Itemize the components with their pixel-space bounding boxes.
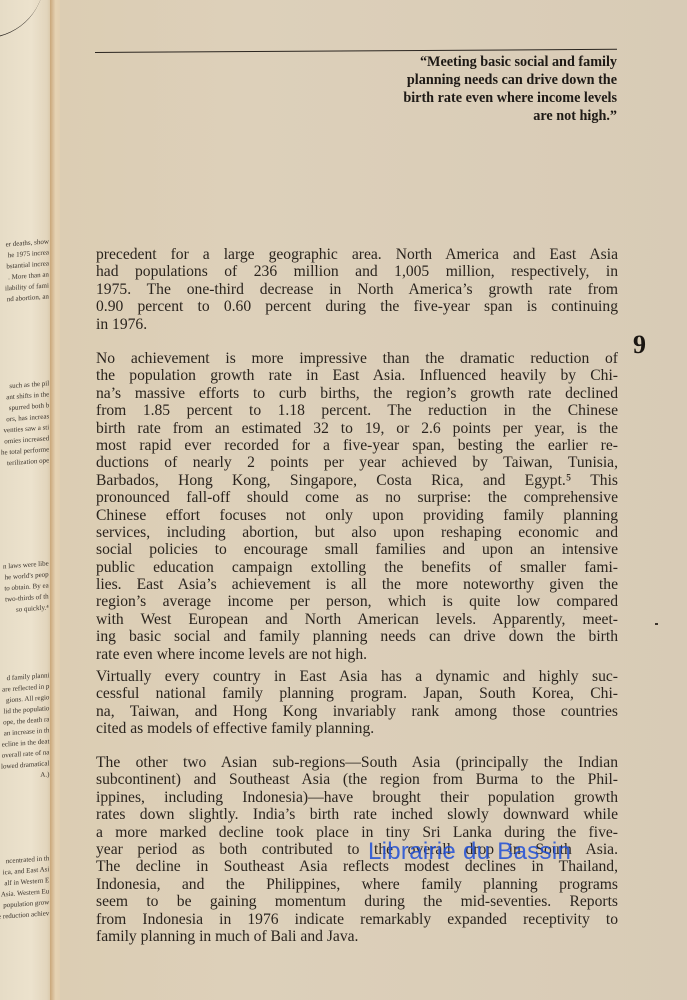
- paragraph-1: precedent for a large geographic area. N…: [96, 246, 618, 333]
- text-line: family planning in much of Bali and Java…: [96, 928, 618, 945]
- pull-quote: “Meeting basic social and family plannin…: [330, 53, 617, 125]
- text-line: cessful national family planning program…: [96, 685, 618, 702]
- text-line: had populations of 236 million and 1,005…: [96, 263, 618, 280]
- decorative-curve: [0, 0, 44, 46]
- fragment-line: A.): [1, 769, 49, 783]
- text-line: Virtually every country in East Asia has…: [96, 668, 618, 685]
- text-line: rates down slightly. India’s birth rate …: [96, 806, 618, 823]
- text-line: most rapid ever recorded for a five-year…: [96, 437, 618, 454]
- text-line: social policies to encourage small famil…: [96, 541, 618, 558]
- page-number: 9: [633, 330, 646, 360]
- text-line: region’s average income per person, whic…: [96, 593, 618, 610]
- text-line: pronounced fall-off should come as no su…: [96, 489, 618, 506]
- text-line: 1975. The one-third decrease in North Am…: [96, 281, 618, 298]
- facing-left-page: er deaths, show he 1975 increa bstantial…: [0, 0, 52, 1000]
- text-line: lies. East Asia’s achievement is all the…: [96, 576, 618, 593]
- pull-quote-line: planning needs can drive down the: [330, 71, 617, 89]
- text-line: precedent for a large geographic area. N…: [96, 246, 618, 263]
- left-page-text-block-3: n laws were libe he world's peop to obta…: [3, 560, 49, 615]
- text-line: from 1.85 percent to 1.18 percent. The r…: [96, 402, 618, 419]
- text-line: in 1976.: [96, 316, 618, 333]
- left-page-text-block-1: er deaths, show he 1975 increa bstantial…: [5, 238, 49, 304]
- text-line: public education campaign extolling the …: [96, 559, 618, 576]
- fragment-line: nd abortion, an: [5, 291, 49, 305]
- text-line: cited as models of effective family plan…: [96, 720, 618, 737]
- pull-quote-line: “Meeting basic social and family: [330, 53, 617, 71]
- fragment-line: so quickly.⁴: [3, 602, 49, 616]
- fragment-line: terilization ope: [1, 455, 49, 469]
- text-line: with West European and North American le…: [96, 611, 618, 628]
- left-page-text-block-2: such as the pil ant shifts in the spurre…: [1, 380, 49, 468]
- left-page-text-block-5: ncentrated in th ica, and East Asi alf i…: [0, 855, 49, 921]
- text-line: services, including abortion, but also u…: [96, 524, 618, 541]
- text-line: na’s massive efforts to curb births, the…: [96, 385, 618, 402]
- text-line: from Indonesia in 1976 indicate remarkab…: [96, 911, 618, 928]
- text-line: na, Taiwan, and Hong Kong invariably ran…: [96, 703, 618, 720]
- text-line: ing basic social and family planning nee…: [96, 628, 618, 645]
- paragraph-2: No achievement is more impressive than t…: [96, 350, 618, 663]
- text-line: Indonesia, and the Philippines, where fa…: [96, 876, 618, 893]
- text-line: subcontinent) and Southeast Asia (the re…: [96, 771, 618, 788]
- text-line: birth rate from an estimated 32 to 19, o…: [96, 420, 618, 437]
- text-line: the population growth rate in East Asia.…: [96, 367, 618, 384]
- pull-quote-line: birth rate even where income levels: [330, 89, 617, 107]
- fragment-line: e reduction achiev: [0, 908, 49, 923]
- text-line: Barbados, Hong Kong, Singapore, Costa Ri…: [96, 472, 618, 489]
- text-line: ippines, including Indonesia)—have broug…: [96, 789, 618, 806]
- text-line: No achievement is more impressive than t…: [96, 350, 618, 367]
- text-line: seem to be gaining momentum during the m…: [96, 893, 618, 910]
- text-line: Chinese effort focuses not only upon pro…: [96, 507, 618, 524]
- paragraph-3: Virtually every country in East Asia has…: [96, 668, 618, 738]
- text-line: The other two Asian sub-regions—South As…: [96, 754, 618, 771]
- left-page-text-block-4: d family planni are reflected in p gions…: [1, 672, 49, 782]
- margin-mark: [655, 623, 658, 625]
- pull-quote-line: are not high.”: [330, 107, 617, 125]
- watermark: Librairie du Bassin: [368, 838, 571, 866]
- text-line: ductions of nearly 2 points per year ach…: [96, 454, 618, 471]
- text-line: rate even where income levels are not hi…: [96, 646, 618, 663]
- text-line: 0.90 percent to 0.60 percent during the …: [96, 298, 618, 315]
